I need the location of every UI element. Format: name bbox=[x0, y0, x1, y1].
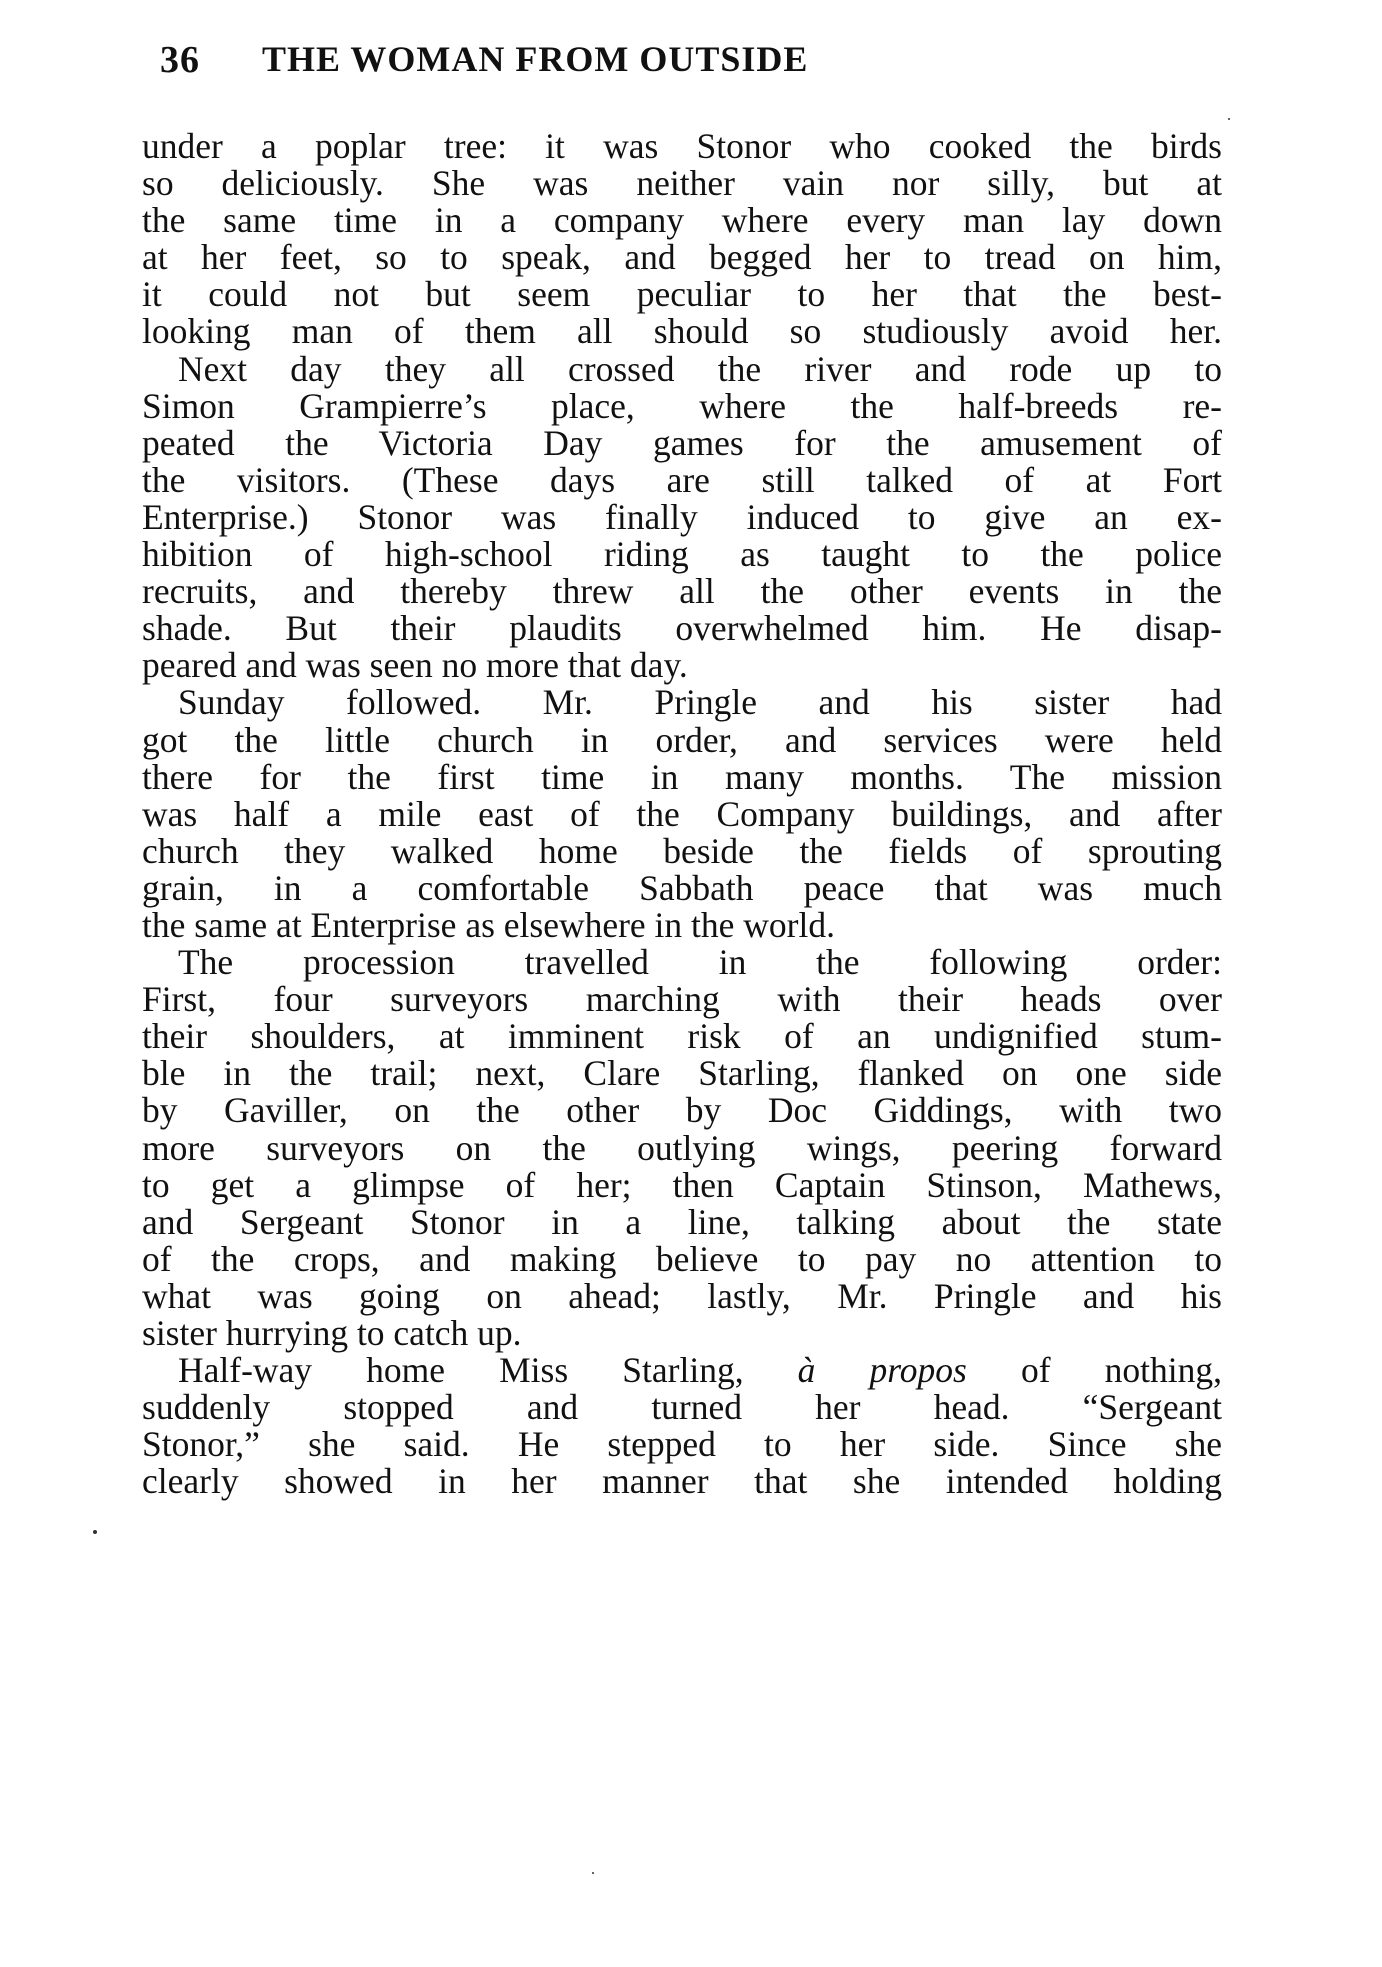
text-line: to get a glimpse of her; then Captain St… bbox=[142, 1167, 1222, 1204]
scan-speck bbox=[1228, 118, 1230, 120]
paragraph-5: Half-way home Miss Starling, à propos of… bbox=[142, 1352, 1222, 1500]
text-line: by Gaviller, on the other by Doc Gidding… bbox=[142, 1092, 1222, 1129]
running-head: 36 THE WOMAN FROM OUTSIDE bbox=[0, 38, 1382, 88]
text-line: Next day they all crossed the river and … bbox=[142, 351, 1222, 388]
italic-phrase: à propos bbox=[798, 1350, 967, 1390]
text-line: hibition of high-school riding as taught… bbox=[142, 536, 1222, 573]
text-line: Sunday followed. Mr. Pringle and his sis… bbox=[142, 684, 1222, 721]
text-line: grain, in a comfortable Sabbath peace th… bbox=[142, 870, 1222, 907]
text-line: and Sergeant Stonor in a line, talking a… bbox=[142, 1204, 1222, 1241]
paragraph-3: Sunday followed. Mr. Pringle and his sis… bbox=[142, 684, 1222, 944]
text-line: Stonor,” she said. He stepped to her sid… bbox=[142, 1426, 1222, 1463]
text-line: sister hurrying to catch up. bbox=[142, 1315, 1222, 1352]
text-run: Half-way home Miss Starling, bbox=[178, 1350, 798, 1390]
text-line: suddenly stopped and turned her head. “S… bbox=[142, 1389, 1222, 1426]
body-text: under a poplar tree: it was Stonor who c… bbox=[142, 128, 1222, 1500]
text-line: ble in the trail; next, Clare Starling, … bbox=[142, 1055, 1222, 1092]
text-line: so deliciously. She was neither vain nor… bbox=[142, 165, 1222, 202]
text-line: their shoulders, at imminent risk of an … bbox=[142, 1018, 1222, 1055]
text-line: what was going on ahead; lastly, Mr. Pri… bbox=[142, 1278, 1222, 1315]
scan-speck bbox=[592, 1872, 594, 1874]
paragraph-1: under a poplar tree: it was Stonor who c… bbox=[142, 128, 1222, 351]
text-line: it could not but seem peculiar to her th… bbox=[142, 276, 1222, 313]
book-page: 36 THE WOMAN FROM OUTSIDE under a poplar… bbox=[0, 0, 1382, 1967]
text-line: the same at Enterprise as elsewhere in t… bbox=[142, 907, 1222, 944]
paragraph-2: Next day they all crossed the river and … bbox=[142, 351, 1222, 685]
text-line: the visitors. (These days are still talk… bbox=[142, 462, 1222, 499]
text-line: recruits, and thereby threw all the othe… bbox=[142, 573, 1222, 610]
scan-speck bbox=[93, 1530, 97, 1534]
text-line: shade. But their plaudits overwhelmed hi… bbox=[142, 610, 1222, 647]
text-run: of nothing, bbox=[967, 1350, 1222, 1390]
text-line: there for the first time in many months.… bbox=[142, 759, 1222, 796]
text-line: First, four surveyors marching with thei… bbox=[142, 981, 1222, 1018]
text-line: peared and was seen no more that day. bbox=[142, 647, 1222, 684]
book-title: THE WOMAN FROM OUTSIDE bbox=[262, 38, 808, 80]
text-line: church they walked home beside the field… bbox=[142, 833, 1222, 870]
text-line: The procession travelled in the followin… bbox=[142, 944, 1222, 981]
paragraph-4: The procession travelled in the followin… bbox=[142, 944, 1222, 1352]
page-number: 36 bbox=[160, 38, 200, 82]
text-line: Enterprise.) Stonor was finally induced … bbox=[142, 499, 1222, 536]
text-line: was half a mile east of the Company buil… bbox=[142, 796, 1222, 833]
text-line: under a poplar tree: it was Stonor who c… bbox=[142, 128, 1222, 165]
text-line: Simon Grampierre’s place, where the half… bbox=[142, 388, 1222, 425]
text-line: got the little church in order, and serv… bbox=[142, 722, 1222, 759]
text-line: peated the Victoria Day games for the am… bbox=[142, 425, 1222, 462]
text-line: at her feet, so to speak, and begged her… bbox=[142, 239, 1222, 276]
text-line: clearly showed in her manner that she in… bbox=[142, 1463, 1222, 1500]
text-line: looking man of them all should so studio… bbox=[142, 313, 1222, 350]
text-line: the same time in a company where every m… bbox=[142, 202, 1222, 239]
text-line: more surveyors on the outlying wings, pe… bbox=[142, 1130, 1222, 1167]
text-line: Half-way home Miss Starling, à propos of… bbox=[142, 1352, 1222, 1389]
text-line: of the crops, and making believe to pay … bbox=[142, 1241, 1222, 1278]
